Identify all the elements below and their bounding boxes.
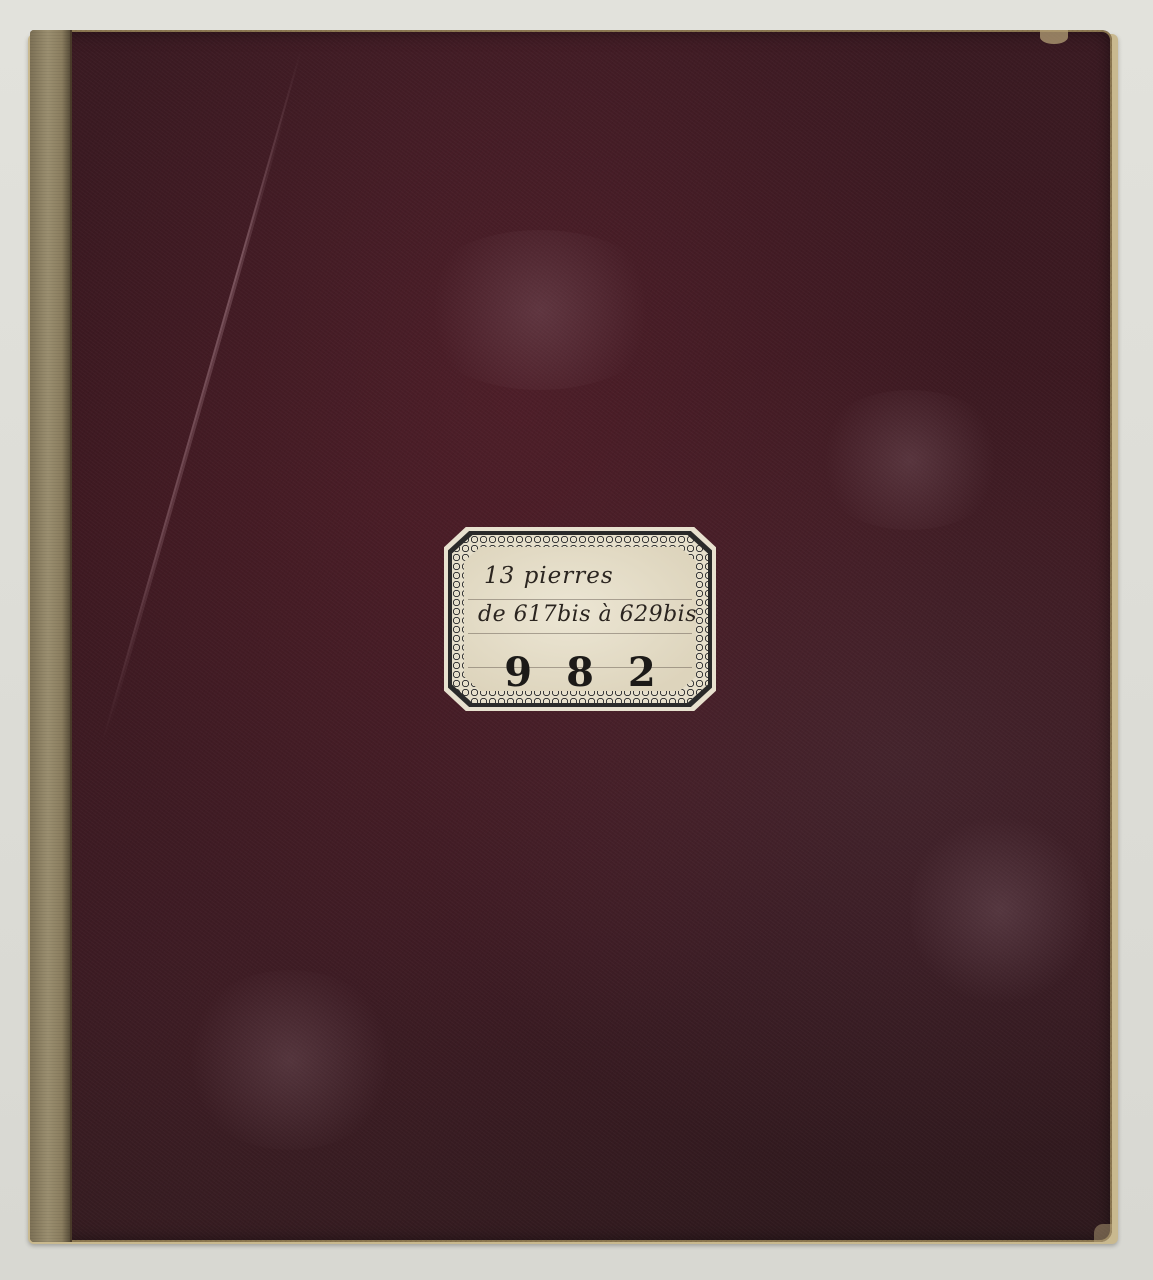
catalog-number: 982 [444, 649, 716, 696]
cover-wear [180, 970, 400, 1150]
corner-wear [1094, 1224, 1112, 1242]
cover-wear [410, 230, 670, 390]
cover-scratch [109, 110, 287, 726]
cover-wear [810, 390, 1010, 530]
label-line-1: 13 pierres [484, 563, 614, 589]
label-line-2: de 617bis à 629bis [478, 602, 697, 627]
cover-wear [910, 810, 1090, 1010]
corner-wear [1040, 30, 1068, 44]
cloth-spine [30, 30, 72, 1242]
label-rule [468, 633, 692, 634]
catalog-label: 13 pierres de 617bis à 629bis 982 [444, 527, 716, 711]
label-rule [468, 599, 692, 600]
